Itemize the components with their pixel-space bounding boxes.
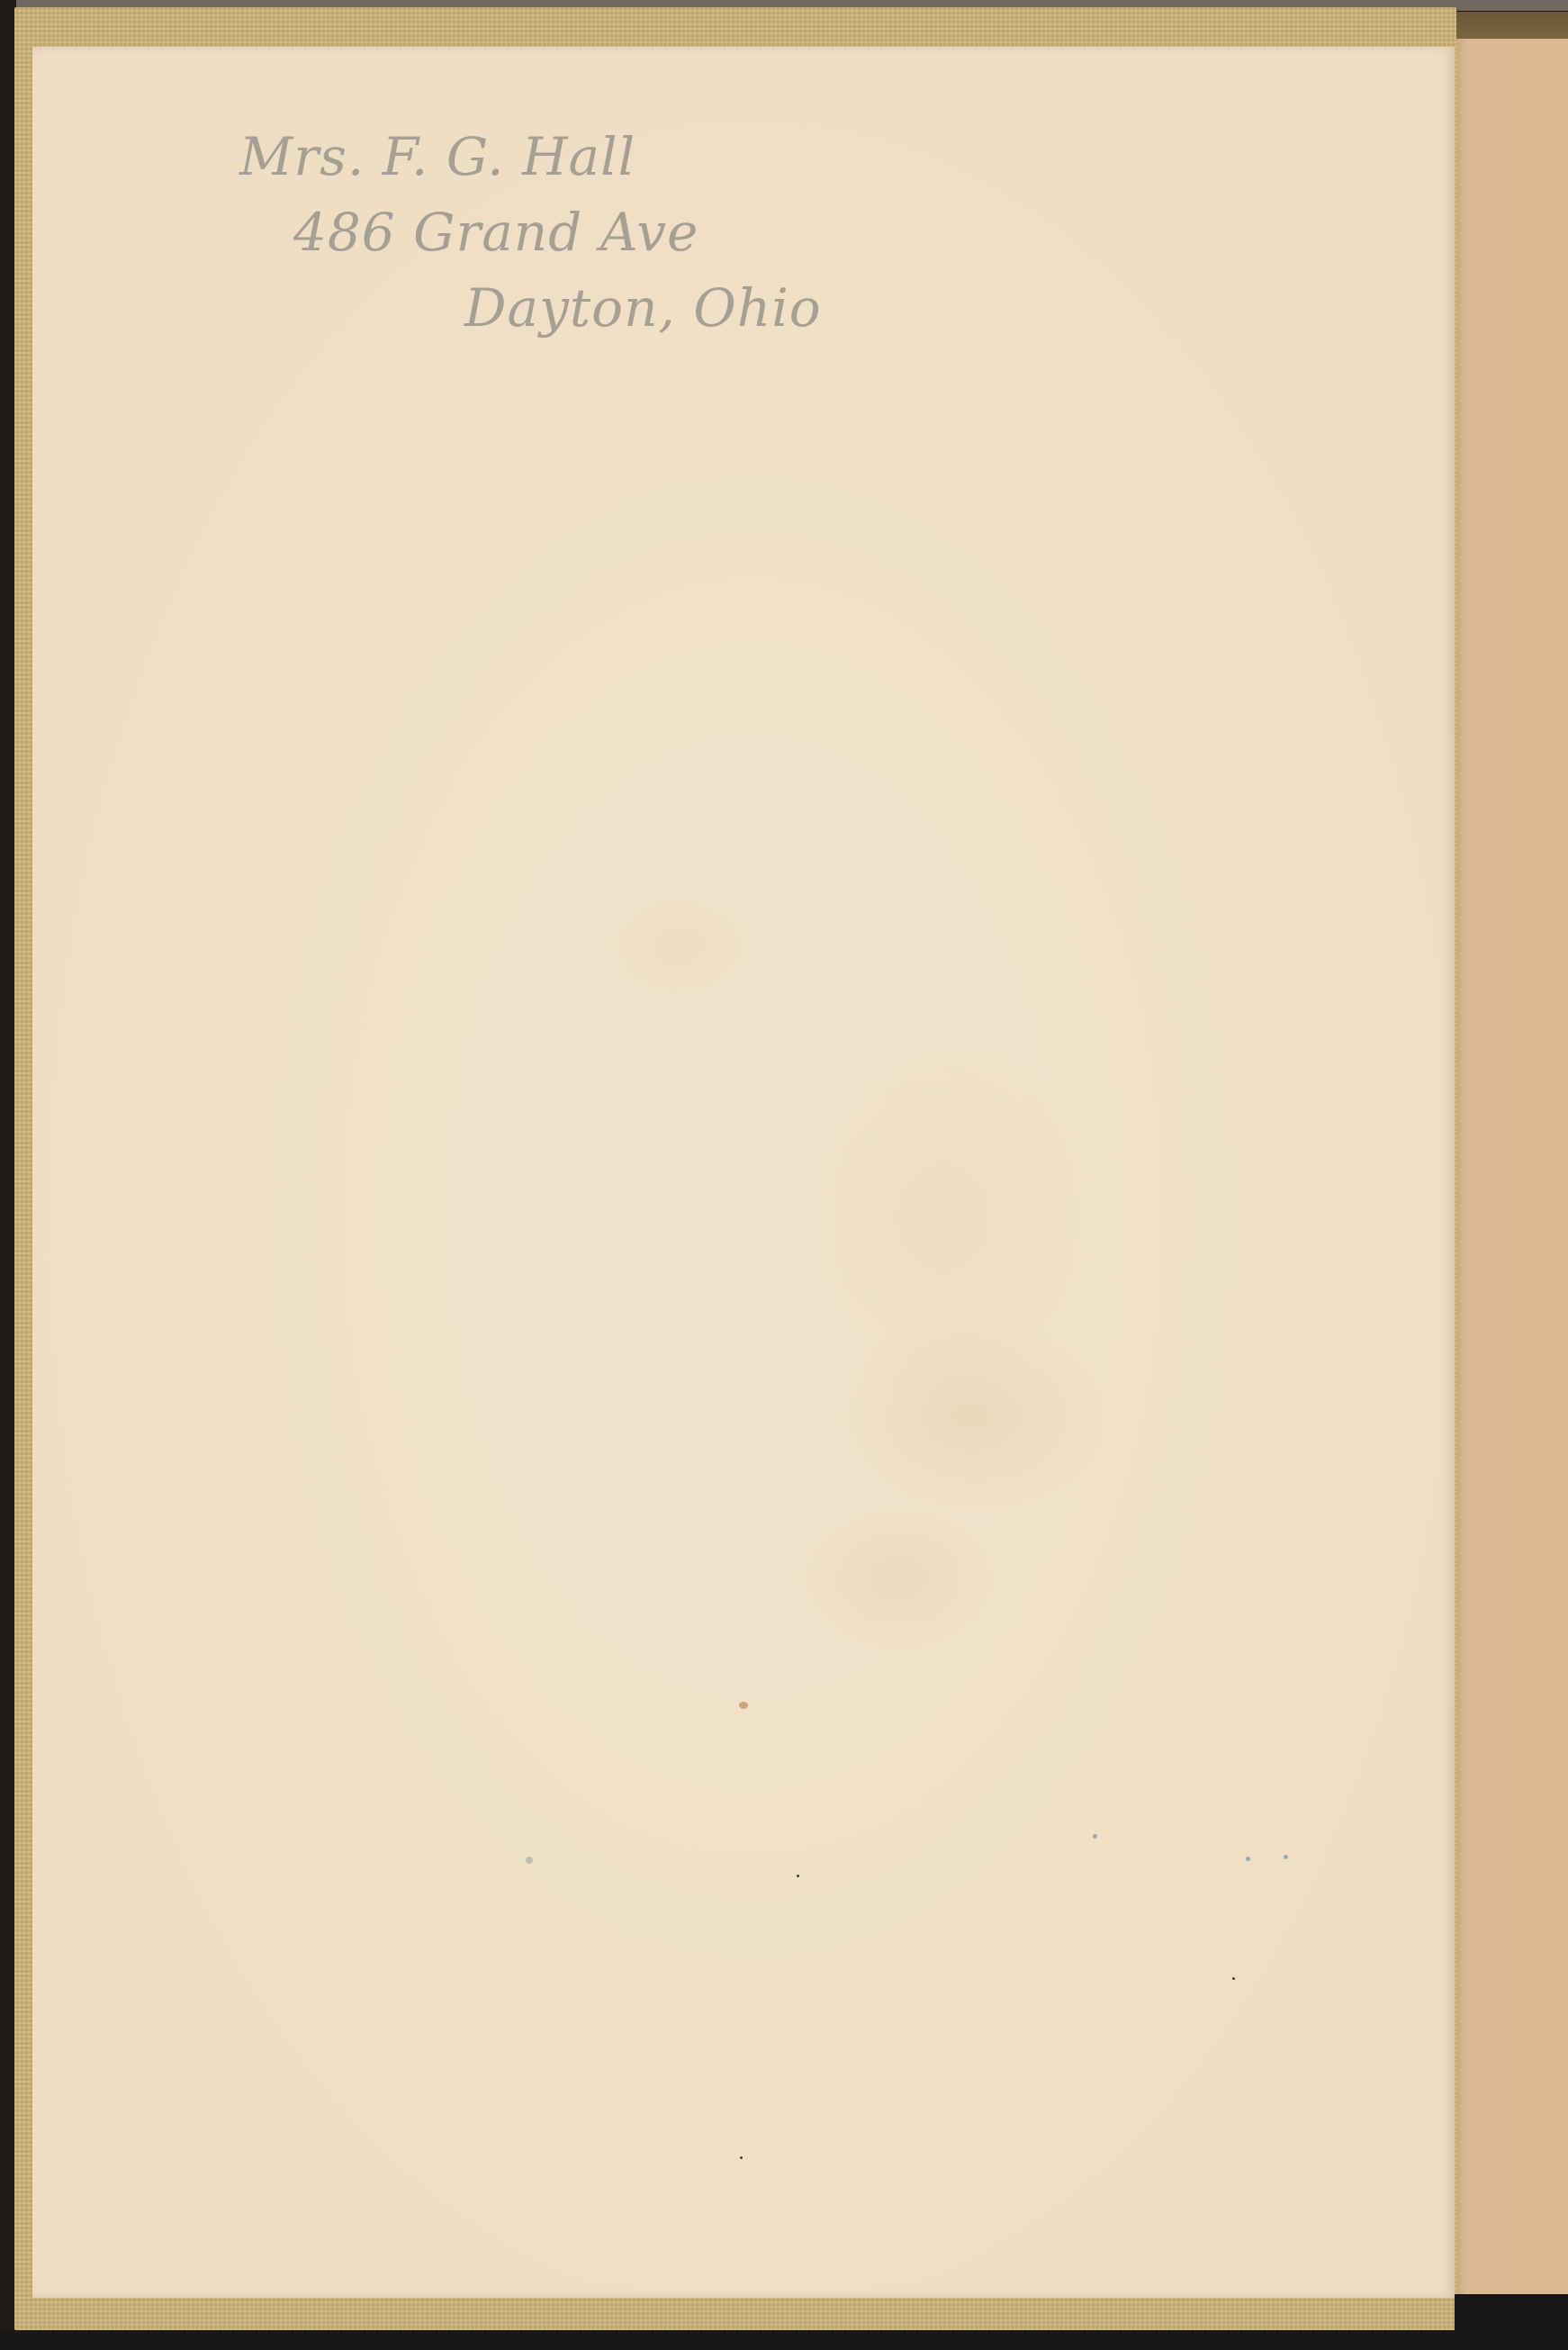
paper-dot xyxy=(1232,1977,1235,1980)
inscription-street: 486 Grand Ave xyxy=(293,194,1140,270)
inscription-city: Dayton, Ohio xyxy=(464,270,1140,346)
inscription-name: Mrs. F. G. Hall xyxy=(239,119,1140,194)
background-bottom-edge xyxy=(0,2330,1568,2350)
pencil-inscription: Mrs. F. G. Hall 486 Grand Ave Dayton, Oh… xyxy=(239,119,1140,346)
foxing-spot xyxy=(1284,1855,1288,1859)
foxing-spot xyxy=(526,1857,533,1864)
foxing-spot xyxy=(1093,1834,1097,1839)
paper-dot xyxy=(797,1875,799,1877)
foxing-spot xyxy=(1246,1857,1250,1861)
paper-dot xyxy=(740,2156,743,2159)
paper-blemish xyxy=(739,1702,748,1709)
endpaper-page: Mrs. F. G. Hall 486 Grand Ave Dayton, Oh… xyxy=(32,47,1455,2298)
board-top-edge xyxy=(1455,12,1568,39)
opposite-board xyxy=(1455,12,1568,2294)
